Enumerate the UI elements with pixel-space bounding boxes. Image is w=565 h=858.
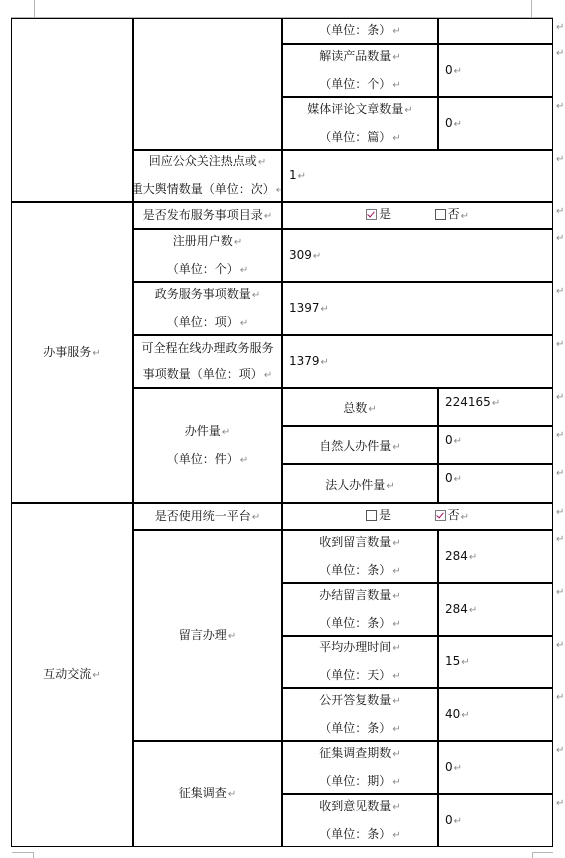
section-service-title-cell: 办事服务↵ — [11, 202, 133, 503]
natural-label-cell: 自然人办件量↵ — [282, 426, 438, 464]
closed-label-cell: 办结留言数量↵ （单位：条）↵ — [282, 583, 438, 636]
items-value: 1397 — [289, 301, 320, 315]
closed-value-cell: 284↵ — [438, 583, 553, 636]
row-end-mark: ↵ — [556, 392, 564, 403]
users-unit: （单位：个） — [167, 262, 239, 276]
users-value-cell: 309↵ — [282, 229, 553, 282]
items-unit: （单位：项） — [167, 315, 239, 329]
interpret-label-cell: 解读产品数量↵ （单位：个）↵ — [282, 44, 438, 97]
row-end-mark: ↵ — [556, 534, 564, 545]
catalog-label: 是否发布服务事项目录 — [143, 208, 263, 222]
survey-periods-label-cell: 征集调查期数↵ （单位：期）↵ — [282, 741, 438, 794]
survey-group-label: 征集调查 — [179, 786, 227, 800]
natural-label: 自然人办件量 — [319, 439, 391, 453]
row-end-mark: ↵ — [556, 507, 564, 518]
interpret-value-cell: 0↵ — [438, 44, 553, 97]
media-value-cell: 0↵ — [438, 97, 553, 150]
survey-periods-value: 0 — [445, 760, 453, 774]
catalog-no-option[interactable]: 否 — [435, 202, 460, 227]
row-end-mark: ↵ — [556, 22, 564, 33]
respond-label-cell: 回应公众关注热点或↵ 重大舆情数量（单位：次）↵ — [133, 150, 282, 202]
online-label-cell: 可全程在线办理政务服务 事项数量（单位：项）↵ — [133, 335, 282, 388]
respond-label-line1: 回应公众关注热点或 — [149, 154, 257, 168]
row-end-mark: ↵ — [556, 640, 564, 651]
row-end-mark: ↵ — [556, 339, 564, 350]
page-corner-guide — [33, 852, 34, 858]
section-publish-title-cell — [11, 18, 133, 202]
users-value: 309 — [289, 248, 312, 262]
page-corner-guide — [34, 0, 35, 18]
closed-unit: （单位：条） — [319, 616, 391, 630]
avg-label-cell: 平均办理时间↵ （单位：天）↵ — [282, 636, 438, 688]
row-end-mark: ↵ — [556, 798, 564, 809]
received-label-cell: 收到留言数量↵ （单位：条）↵ — [282, 530, 438, 583]
respond-value: 1 — [289, 168, 297, 182]
volume-label: 办件量 — [185, 424, 221, 438]
survey-periods-unit: （单位：期） — [319, 774, 391, 788]
online-label-line2: 事项数量（单位：项） — [143, 367, 263, 381]
survey-group-cell: 征集调查↵ — [133, 741, 282, 847]
users-label-cell: 注册用户数↵ （单位：个）↵ — [133, 229, 282, 282]
catalog-options-cell: 是 否↵ — [282, 202, 553, 229]
checkbox-checked-icon[interactable] — [435, 510, 446, 521]
public-value: 40 — [445, 707, 460, 721]
survey-periods-value-cell: 0↵ — [438, 741, 553, 794]
row-end-mark: ↵ — [556, 233, 564, 244]
legal-label-cell: 法人办件量↵ — [282, 464, 438, 503]
interpret-label: 解读产品数量 — [319, 49, 391, 63]
checkbox-unchecked-icon[interactable] — [366, 510, 377, 521]
media-unit: （单位：篇） — [319, 130, 391, 144]
opinions-label-cell: 收到意见数量↵ （单位：条）↵ — [282, 794, 438, 847]
avg-value: 15 — [445, 654, 460, 668]
items-label: 政务服务事项数量 — [155, 287, 251, 301]
catalog-yes-option[interactable]: 是 — [366, 202, 391, 227]
row-end-mark: ↵ — [556, 48, 564, 59]
media-value: 0 — [445, 116, 453, 130]
legal-value: 0 — [445, 471, 453, 485]
row-end-mark: ↵ — [556, 692, 564, 703]
volume-unit: （单位：件） — [167, 452, 239, 466]
message-group-label: 留言办理 — [179, 628, 227, 642]
online-value-cell: 1379↵ — [282, 335, 553, 388]
page-corner-guide — [532, 852, 533, 858]
platform-label-cell: 是否使用统一平台↵ — [133, 503, 282, 530]
received-value-cell: 284↵ — [438, 530, 553, 583]
unit-text: （单位：条） — [319, 23, 391, 37]
items-value-cell: 1397↵ — [282, 282, 553, 335]
survey-periods-label: 征集调查期数 — [319, 746, 391, 760]
public-label-cell: 公开答复数量↵ （单位：条）↵ — [282, 688, 438, 741]
checkbox-checked-icon[interactable] — [366, 209, 377, 220]
total-value: 224165 — [445, 395, 491, 409]
users-label: 注册用户数 — [173, 234, 233, 248]
opinions-unit: （单位：条） — [319, 827, 391, 841]
opinions-value: 0 — [445, 813, 453, 827]
total-value-cell: 224165↵ — [438, 388, 553, 426]
respond-value-cell: 1↵ — [282, 150, 553, 202]
online-label-line1: 可全程在线办理政务服务 — [141, 341, 273, 355]
avg-label: 平均办理时间 — [319, 640, 391, 654]
online-value: 1379 — [289, 354, 320, 368]
received-unit: （单位：条） — [319, 563, 391, 577]
interpret-value: 0 — [445, 63, 453, 77]
public-label: 公开答复数量 — [319, 693, 391, 707]
catalog-label-cell: 是否发布服务事项目录↵ — [133, 202, 282, 229]
section-service-title: 办事服务 — [43, 345, 91, 359]
public-unit: （单位：条） — [319, 721, 391, 735]
volume-label-cell: 办件量↵ （单位：件）↵ — [133, 388, 282, 503]
media-label-cell: 媒体评论文章数量↵ （单位：篇）↵ — [282, 97, 438, 150]
natural-value-cell: 0↵ — [438, 426, 553, 464]
media-label: 媒体评论文章数量 — [307, 102, 403, 116]
row-end-mark: ↵ — [556, 206, 564, 217]
platform-no-option[interactable]: 否 — [435, 503, 460, 528]
row-end-mark: ↵ — [556, 286, 564, 297]
legal-label: 法人办件量 — [325, 478, 385, 492]
received-value: 284 — [445, 549, 468, 563]
page-corner-guide — [532, 852, 553, 853]
received-label: 收到留言数量 — [319, 535, 391, 549]
section-publish-subgroup-cell — [133, 18, 282, 150]
unit-cell: （单位：条）↵ — [282, 18, 438, 44]
checkbox-unchecked-icon[interactable] — [435, 209, 446, 220]
platform-label: 是否使用统一平台 — [155, 509, 251, 523]
opinions-label: 收到意见数量 — [319, 799, 391, 813]
public-value-cell: 40↵ — [438, 688, 553, 741]
platform-options-cell: 是 否↵ — [282, 503, 553, 530]
opinions-value-cell: 0↵ — [438, 794, 553, 847]
section-interaction-title: 互动交流 — [43, 667, 91, 681]
natural-value: 0 — [445, 433, 453, 447]
platform-yes-option[interactable]: 是 — [366, 503, 391, 528]
interpret-unit: （单位：个） — [319, 77, 391, 91]
total-label: 总数 — [343, 401, 367, 415]
page-corner-guide — [12, 852, 33, 853]
row-end-mark: ↵ — [556, 430, 564, 441]
message-group-cell: 留言办理↵ — [133, 530, 282, 741]
avg-unit: （单位：天） — [319, 668, 391, 682]
avg-value-cell: 15↵ — [438, 636, 553, 688]
row-end-mark: ↵ — [556, 468, 564, 479]
section-interaction-title-cell: 互动交流↵ — [11, 503, 133, 847]
row-end-mark: ↵ — [556, 745, 564, 756]
value-cell-empty — [438, 18, 553, 44]
legal-value-cell: 0↵ — [438, 464, 553, 503]
closed-value: 284 — [445, 602, 468, 616]
page-corner-guide — [531, 0, 532, 18]
row-end-mark: ↵ — [556, 154, 564, 165]
row-end-mark: ↵ — [556, 101, 564, 112]
closed-label: 办结留言数量 — [319, 588, 391, 602]
items-label-cell: 政务服务事项数量↵ （单位：项）↵ — [133, 282, 282, 335]
total-label-cell: 总数↵ — [282, 388, 438, 426]
respond-label-line2: 重大舆情数量（单位：次） — [133, 182, 275, 196]
row-end-mark: ↵ — [556, 587, 564, 598]
